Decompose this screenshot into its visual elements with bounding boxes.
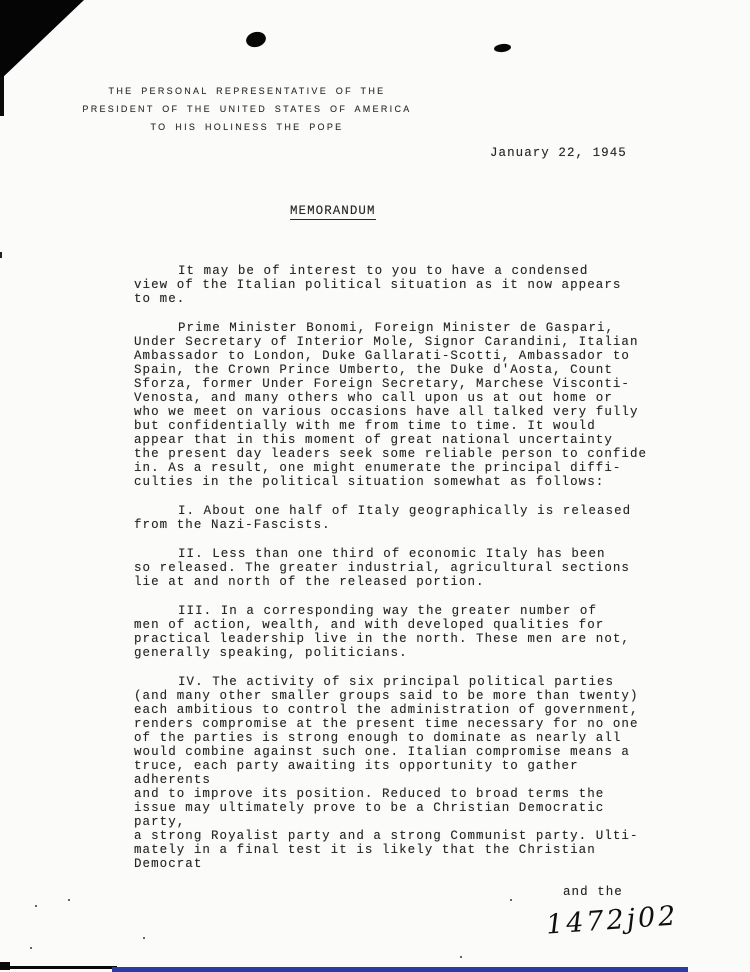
speckle [143, 937, 145, 939]
date-line: January 22, 1945 [490, 146, 627, 160]
handwritten-reference-number: 1472j02 [545, 900, 679, 940]
speckle [68, 899, 70, 901]
scanned-memo-page: THE PERSONAL REPRESENTATIVE OF THE PRESI… [0, 0, 750, 972]
letterhead-line-2: PRESIDENT OF THE UNITED STATES OF AMERIC… [60, 100, 434, 118]
item-two: II. Less than one third of economic Ital… [134, 547, 664, 589]
memo-body: It may be of interest to you to have a c… [134, 264, 664, 886]
left-edge-scan-dot [0, 252, 2, 258]
folded-corner-artifact [0, 0, 84, 80]
paragraph-leaders: Prime Minister Bonomi, Foreign Minister … [134, 321, 664, 489]
speckle [510, 899, 512, 901]
memo-title: MEMORANDUM [290, 204, 376, 220]
item-three: III. In a corresponding way the greater … [134, 604, 664, 660]
speckle [35, 905, 37, 907]
paragraph-intro: It may be of interest to you to have a c… [134, 264, 664, 306]
item-one: I. About one half of Italy geographicall… [134, 504, 664, 532]
letterhead-line-3: TO HIS HOLINESS THE POPE [60, 118, 434, 136]
speckle [460, 956, 462, 958]
ink-blot-left [244, 30, 267, 49]
left-edge-scan-mark [0, 76, 4, 116]
item-four: IV. The activity of six principal politi… [134, 675, 664, 871]
bottom-left-scan-line [7, 966, 117, 969]
bottom-blue-scan-bar [112, 967, 688, 972]
ink-blot-right [494, 43, 512, 53]
letterhead-line-1: THE PERSONAL REPRESENTATIVE OF THE [60, 82, 434, 100]
letterhead: THE PERSONAL REPRESENTATIVE OF THE PRESI… [60, 82, 434, 136]
catchword: and the [563, 885, 623, 899]
speckle [30, 947, 32, 949]
